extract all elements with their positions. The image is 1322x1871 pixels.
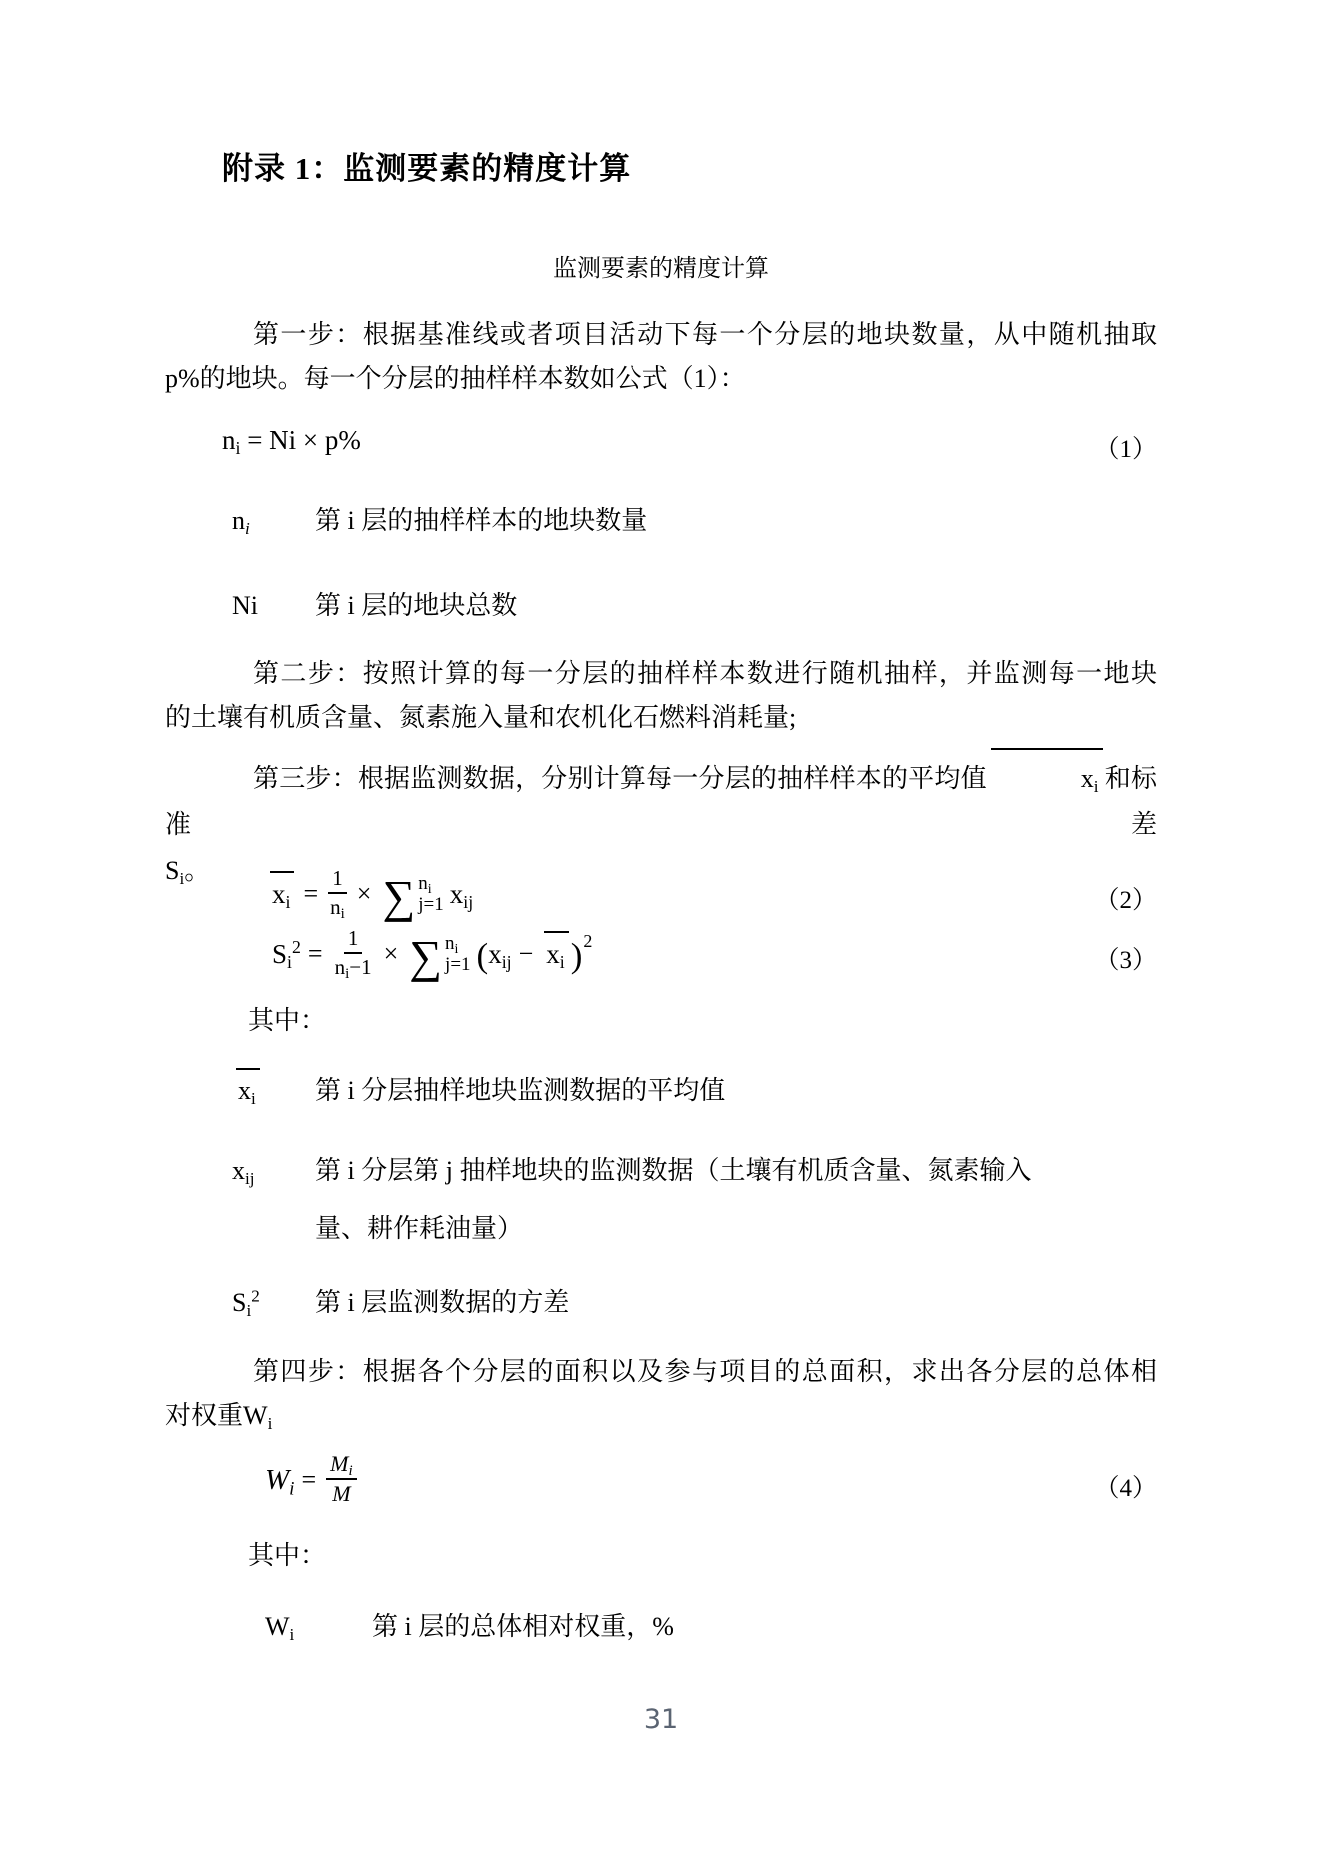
sigma-limits: nij=1 bbox=[418, 874, 444, 915]
ni-base: n bbox=[232, 506, 245, 535]
step4-w-base: W bbox=[243, 1401, 268, 1430]
eq4-num-base: M bbox=[330, 1451, 348, 1476]
den-base: n bbox=[330, 895, 341, 919]
among-label-1: 其中： bbox=[248, 1000, 326, 1037]
si2-sup: 2 bbox=[251, 1287, 260, 1306]
equals-sign: = bbox=[302, 1465, 317, 1495]
xij-desc-line1: 第 i 分层第 j 抽样地块的监测数据（土壤有机质含量、氮素输入 bbox=[315, 1142, 1157, 1200]
sigma-lower: j=1 bbox=[445, 955, 471, 976]
xbar-base: x bbox=[546, 939, 560, 969]
xbar-base: x bbox=[1081, 764, 1094, 793]
eq1-sub: i bbox=[236, 438, 241, 458]
equation-1-number: （1） bbox=[1094, 429, 1157, 465]
fraction-numerator: Mi bbox=[326, 1451, 357, 1480]
den-sub: i bbox=[341, 906, 345, 922]
definition-row-si2: Si2 第 i 层监测数据的方差 bbox=[232, 1282, 1157, 1319]
times-sign: × bbox=[384, 939, 399, 969]
outer-exponent: 2 bbox=[583, 931, 592, 952]
eq1-rhs: = Ni × p% bbox=[247, 425, 361, 455]
definition-term-xbar: xi bbox=[232, 1076, 315, 1106]
step3-prefix: 第三步：根据监测数据，分别计算每一分层的抽样样本的平均值 bbox=[253, 764, 987, 793]
paragraph-step2-line1: 第二步：按照计算的每一分层的抽样样本数进行随机抽样，并监测每一地块 bbox=[165, 652, 1157, 696]
minus-sign: − bbox=[519, 939, 534, 969]
step4-w-sub: i bbox=[268, 1414, 273, 1433]
wi-base: W bbox=[265, 1612, 290, 1641]
eq2-term-base: x bbox=[450, 879, 464, 909]
page-title: 附录 1：监测要素的精度计算 bbox=[222, 143, 631, 188]
left-paren: ( bbox=[477, 938, 489, 973]
fraction: 1ni bbox=[328, 866, 347, 920]
paragraph-step1: 第一步：根据基准线或者项目活动下每一个分层的地块数量，从中随机抽取 p%的地块。… bbox=[165, 313, 1157, 401]
equation-4-number: （4） bbox=[1094, 1468, 1157, 1504]
definition-desc-wi: 第 i 层的总体相对权重，% bbox=[372, 1606, 1157, 1643]
sigma-lower: j=1 bbox=[418, 895, 444, 916]
equals-sign: = bbox=[303, 879, 318, 909]
eq3-lhs-sup: 2 bbox=[292, 937, 301, 957]
den-base: n bbox=[335, 955, 346, 979]
eq2-lhs-base: x bbox=[272, 879, 286, 909]
eq3-lhs-base: S bbox=[272, 939, 287, 969]
definition-row-wi: Wi 第 i 层的总体相对权重，% bbox=[265, 1606, 1157, 1643]
paragraph-step3-line1: 第三步：根据监测数据，分别计算每一分层的抽样样本的平均值xi和标准差 bbox=[165, 756, 1157, 848]
eq4-lhs: Wi bbox=[265, 1464, 295, 1497]
xbar-sub: i bbox=[251, 1089, 256, 1108]
xbar-sub: i bbox=[560, 951, 565, 971]
paragraph-step2-line2: 的土壤有机质含量、氮素施入量和农机化石燃料消耗量; bbox=[165, 696, 1157, 740]
eq3-term-base: x bbox=[488, 939, 502, 969]
definition-row-Ni: Ni 第 i 层的地块总数 bbox=[232, 585, 1157, 622]
definition-desc-xij: 第 i 分层第 j 抽样地块的监测数据（土壤有机质含量、氮素输入量、耕作耗油量） bbox=[315, 1142, 1157, 1258]
definition-row-xbar: xi 第 i 分层抽样地块监测数据的平均值 bbox=[232, 1070, 1157, 1107]
den-rest: −1 bbox=[349, 955, 371, 979]
fraction-numerator: 1 bbox=[344, 926, 363, 954]
xbar-term: xi bbox=[544, 939, 566, 970]
definition-term-Ni: Ni bbox=[232, 591, 315, 621]
right-paren: ) bbox=[571, 938, 583, 973]
fraction-denominator: ni−1 bbox=[333, 954, 374, 980]
definition-term-ni: ni bbox=[232, 506, 315, 536]
xij-base: x bbox=[232, 1156, 245, 1185]
eq2-term: xij bbox=[450, 879, 473, 910]
si2-base: S bbox=[232, 1288, 246, 1317]
among-label-2: 其中： bbox=[248, 1535, 326, 1572]
eq2-term-sub: ij bbox=[463, 891, 473, 911]
sigma-symbol: ∑ bbox=[382, 877, 415, 916]
sigma-symbol: ∑ bbox=[409, 937, 442, 976]
fraction: 1ni−1 bbox=[333, 926, 374, 980]
definition-row-xij: xij 第 i 分层第 j 抽样地块的监测数据（土壤有机质含量、氮素输入量、耕作… bbox=[232, 1142, 1157, 1258]
definition-desc-ni: 第 i 层的抽样样本的地块数量 bbox=[315, 500, 1157, 537]
eq4-lhs-sub: i bbox=[289, 1478, 294, 1499]
equals-sign: = bbox=[308, 939, 323, 969]
xij-sub: ij bbox=[245, 1169, 255, 1188]
page-number: 31 bbox=[0, 1704, 1322, 1735]
sigma-upper: ni bbox=[418, 874, 431, 895]
eq3-term-sub: ij bbox=[502, 951, 512, 971]
equation-4: Wi = MiM bbox=[265, 1446, 360, 1514]
xbar-inline: xi bbox=[991, 756, 1101, 802]
document-page: 附录 1：监测要素的精度计算 监测要素的精度计算 第一步：根据基准线或者项目活动… bbox=[0, 0, 1322, 1871]
definition-term-si2: Si2 bbox=[232, 1288, 315, 1318]
step4-prefix: 对权重 bbox=[165, 1401, 243, 1430]
xbar-base: x bbox=[238, 1076, 251, 1105]
paragraph-step4-line1: 第四步：根据各个分层的面积以及参与项目的总面积，求出各分层的总体相 bbox=[165, 1350, 1157, 1394]
wi-sub: i bbox=[290, 1625, 295, 1644]
paragraph-step4-line2: 对权重Wi bbox=[165, 1394, 1157, 1438]
overline-bar bbox=[991, 748, 1103, 750]
fraction-denominator: ni bbox=[328, 894, 347, 920]
equation-3: Si2 = 1ni−1 × ∑ nij=1 ( xij − xi ) 2 bbox=[272, 924, 592, 984]
equation-3-row: Si2 = 1ni−1 × ∑ nij=1 ( xij − xi ) 2 （3） bbox=[165, 924, 1157, 984]
sigma-limits: nij=1 bbox=[445, 934, 471, 975]
overline-bar bbox=[544, 931, 568, 933]
step4-w-term: Wi bbox=[243, 1401, 272, 1430]
equation-2: xi = 1ni × ∑ nij=1 xij bbox=[266, 862, 473, 926]
eq4-num-sub: i bbox=[349, 1463, 353, 1479]
eq3-term: xij bbox=[488, 939, 511, 970]
eq1-base: n bbox=[222, 425, 236, 455]
times-sign: × bbox=[357, 879, 372, 909]
overline-bar bbox=[236, 1068, 260, 1070]
sigma-upper: ni bbox=[445, 934, 458, 955]
eq2-lhs-sub: i bbox=[286, 891, 291, 911]
definition-desc-xbar: 第 i 分层抽样地块监测数据的平均值 bbox=[315, 1070, 1157, 1107]
paragraph-step1-line2: p%的地块。每一个分层的抽样样本数如公式（1）： bbox=[165, 357, 1157, 401]
equation-2-row: xi = 1ni × ∑ nij=1 xij （2） bbox=[165, 862, 1157, 926]
fraction: MiM bbox=[326, 1451, 357, 1507]
definition-term-xij: xij bbox=[232, 1156, 315, 1186]
sigma-upper-base: n bbox=[418, 873, 428, 894]
xij-desc-line2: 量、耕作耗油量） bbox=[315, 1200, 1157, 1258]
equation-4-row: Wi = MiM （4） bbox=[165, 1446, 1157, 1514]
xbar-sub: i bbox=[1094, 777, 1099, 796]
eq3-lhs: Si2 bbox=[272, 939, 301, 970]
section-subtitle: 监测要素的精度计算 bbox=[165, 248, 1157, 283]
equation-1: ni = Ni × p% bbox=[222, 425, 361, 456]
paragraph-step2: 第二步：按照计算的每一分层的抽样样本数进行随机抽样，并监测每一地块 的土壤有机质… bbox=[165, 652, 1157, 740]
sigma-upper-base: n bbox=[445, 933, 455, 954]
definition-term-wi: Wi bbox=[265, 1612, 372, 1642]
equation-2-number: （2） bbox=[1094, 880, 1157, 916]
equation-1-row: ni = Ni × p% （1） bbox=[165, 420, 1157, 470]
paragraph-step4: 第四步：根据各个分层的面积以及参与项目的总面积，求出各分层的总体相 对权重Wi bbox=[165, 1350, 1157, 1438]
definition-row-ni: ni 第 i 层的抽样样本的地块数量 bbox=[232, 500, 1157, 537]
fraction-denominator: M bbox=[330, 1480, 352, 1507]
xbar-lhs: xi bbox=[270, 879, 292, 910]
eq4-lhs-base: W bbox=[265, 1464, 289, 1496]
equation-3-number: （3） bbox=[1094, 940, 1157, 976]
paragraph-step1-line1: 第一步：根据基准线或者项目活动下每一个分层的地块数量，从中随机抽取 bbox=[165, 313, 1157, 357]
fraction-numerator: 1 bbox=[328, 866, 347, 894]
ni-sub: i bbox=[245, 519, 250, 538]
definition-desc-Ni: 第 i 层的地块总数 bbox=[315, 585, 1157, 622]
definition-desc-si2: 第 i 层监测数据的方差 bbox=[315, 1282, 1157, 1319]
xbar-term: xi bbox=[236, 1076, 258, 1106]
overline-bar bbox=[270, 871, 294, 873]
